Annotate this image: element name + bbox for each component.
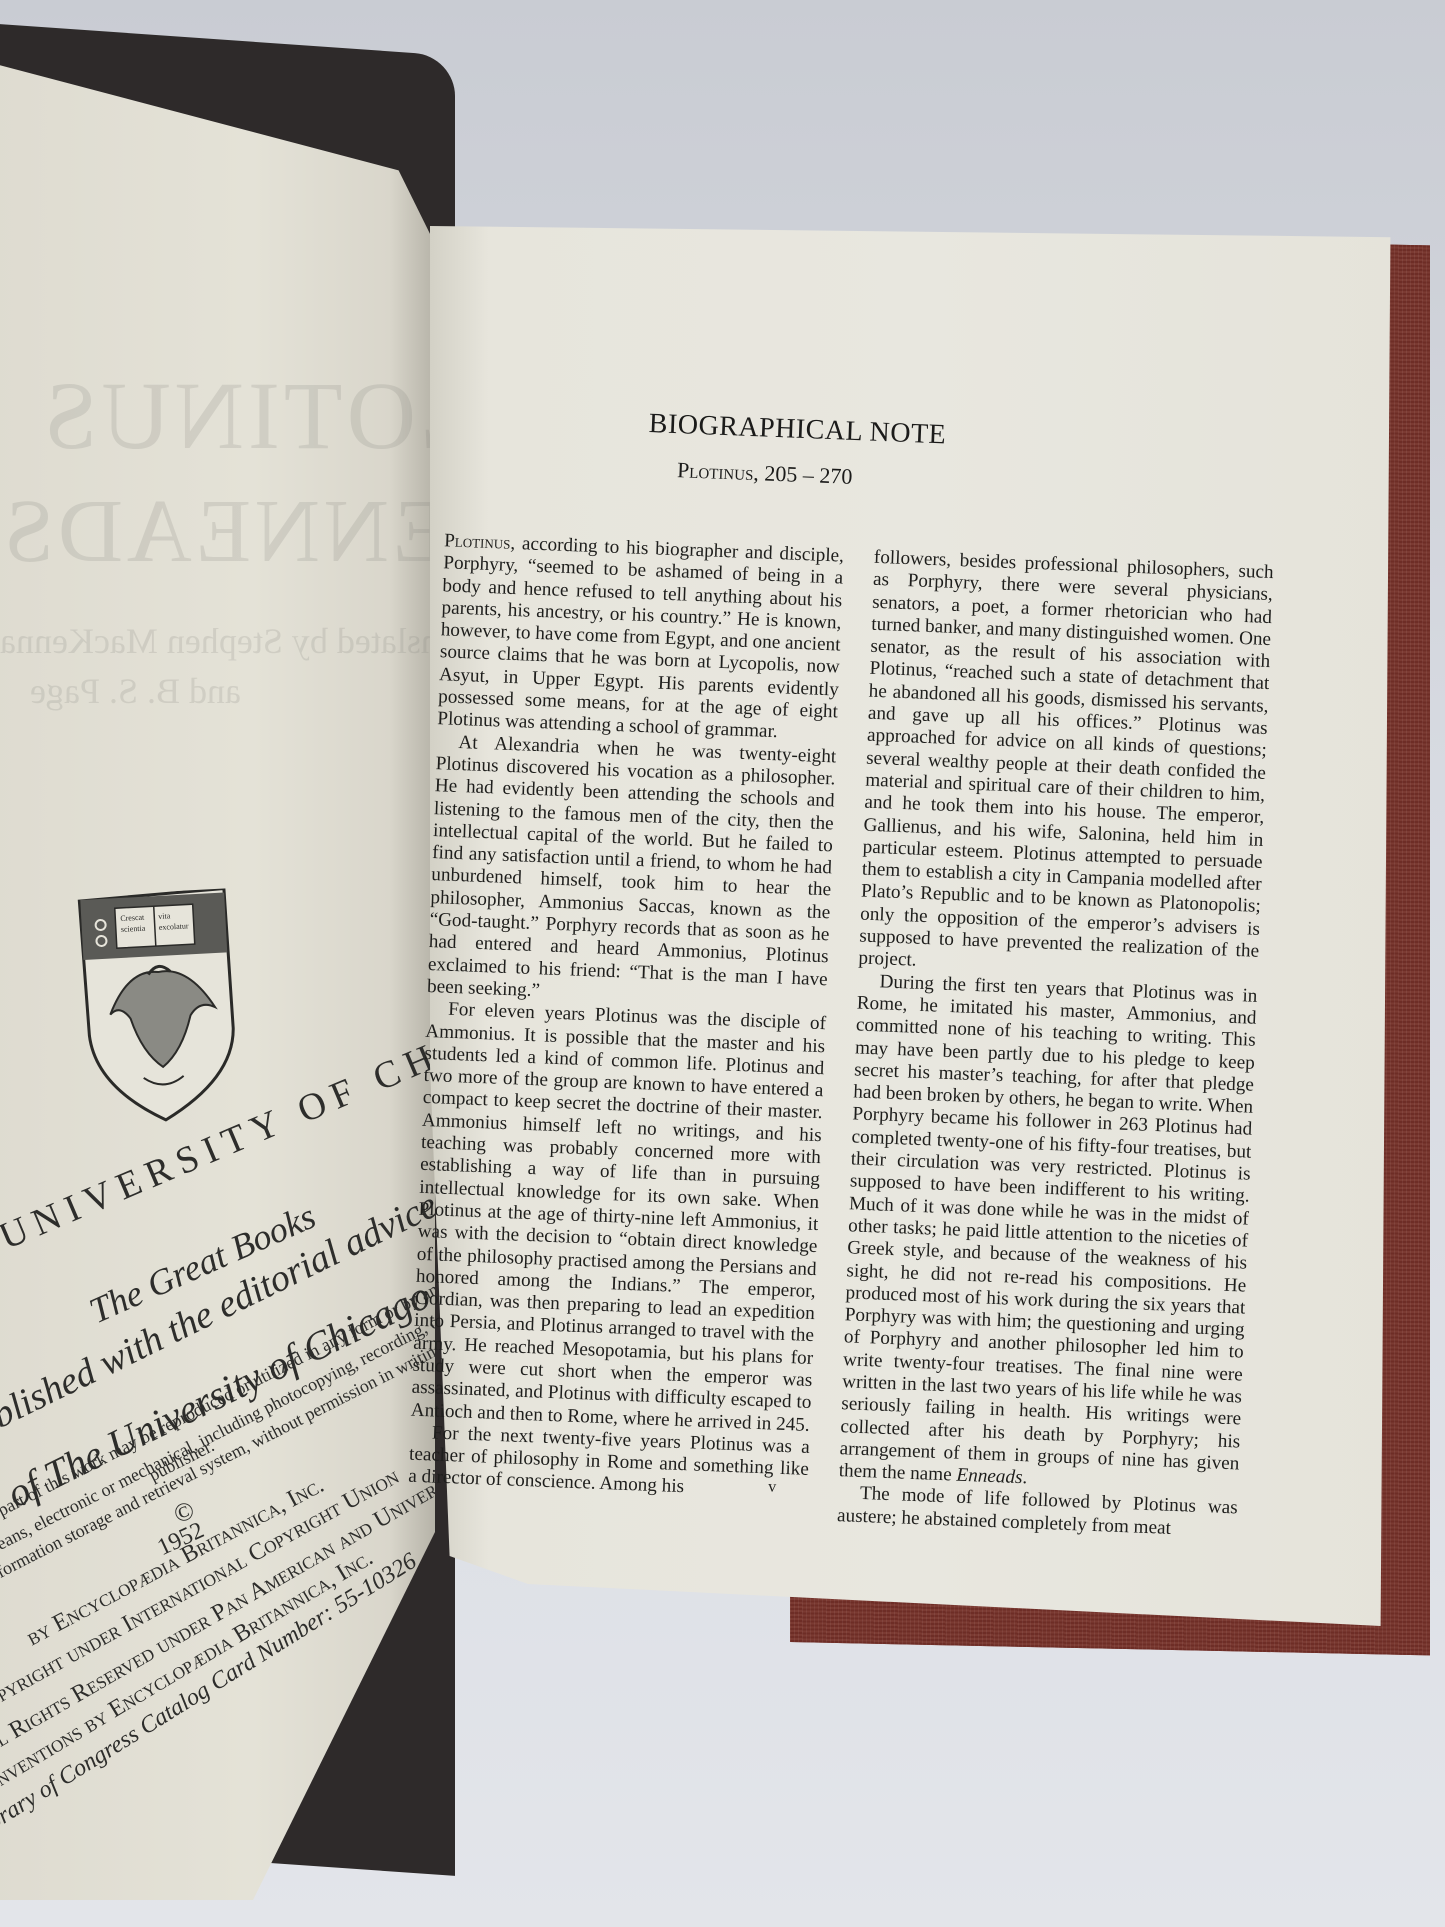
- paragraph-text: During the first ten years that Plotinus…: [838, 971, 1257, 1486]
- paragraph: Plotinus, according to his biographer an…: [437, 530, 844, 746]
- lead-word: Plotinus: [444, 530, 511, 554]
- paragraph-text: , according to his biographer and discip…: [437, 533, 844, 743]
- show-through-subtitle: THE SIX ENNEADS: [0, 480, 435, 583]
- svg-text:Crescat: Crescat: [120, 913, 145, 923]
- paragraph: For eleven years Plotinus was the discip…: [410, 998, 826, 1437]
- page-number: v: [768, 1478, 777, 1496]
- enneads-title: Enneads: [956, 1465, 1023, 1489]
- svg-text:vita: vita: [158, 911, 171, 921]
- paragraph: During the first ten years that Plotinus…: [838, 970, 1257, 1498]
- text-column-right: followers, besides professional philosop…: [837, 547, 1274, 1543]
- text-column-left: Plotinus, according to his biographer an…: [408, 530, 845, 1503]
- paragraph: At Alexandria when he was twenty-eight P…: [427, 731, 837, 1014]
- show-through-translator: Translated by Stephen MacKenna: [0, 620, 435, 662]
- show-through-title: PLOTINUS: [40, 360, 435, 471]
- svg-text:excolatur: excolatur: [159, 921, 190, 932]
- punctuation: .: [1022, 1467, 1028, 1488]
- university-crest-icon: Crescat vita scientia excolatur: [74, 888, 246, 1126]
- paragraph: followers, besides professional philosop…: [858, 547, 1274, 986]
- show-through-translator-2: and B. S. Page: [30, 670, 241, 712]
- svg-text:scientia: scientia: [121, 924, 146, 934]
- left-page: PLOTINUS THE SIX ENNEADS Translated by S…: [0, 60, 435, 1900]
